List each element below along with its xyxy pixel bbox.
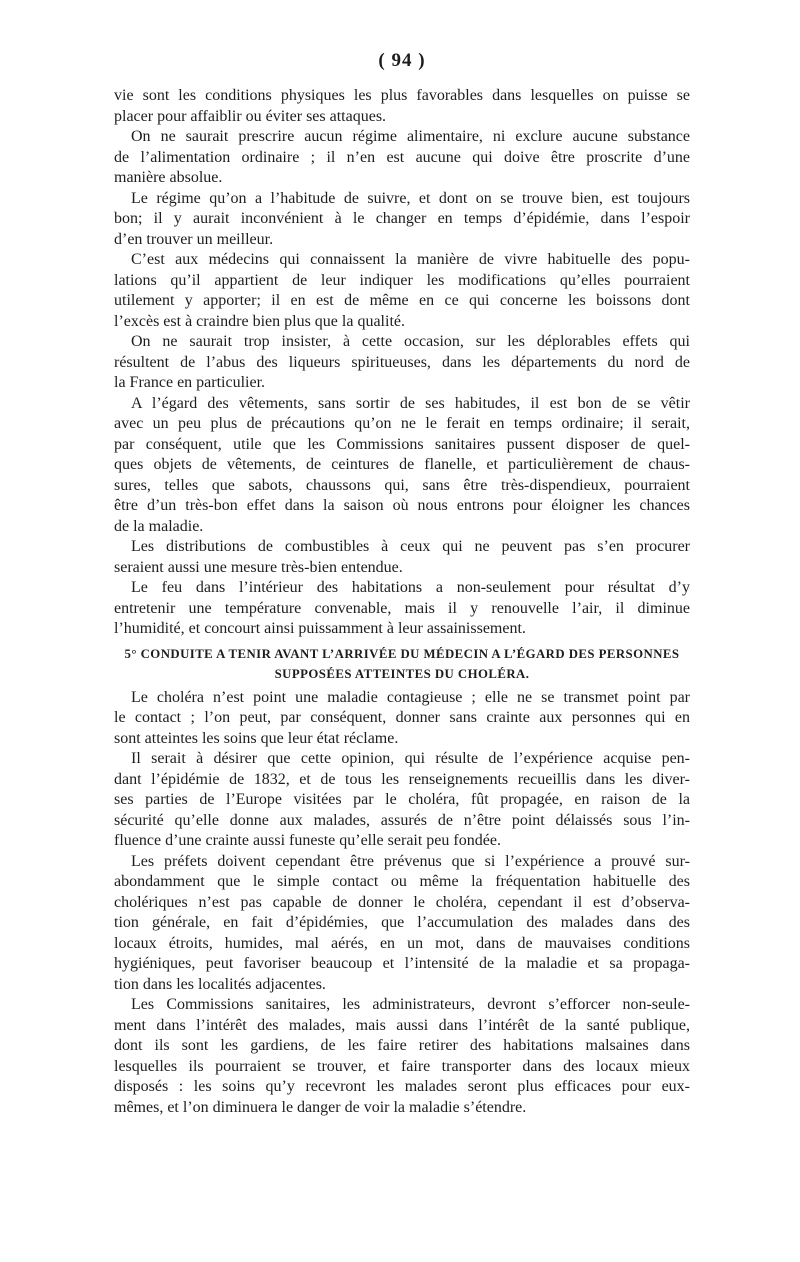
text-line: avec un peu plus de précautions qu’on ne… — [114, 414, 690, 435]
text-line: bon; il y aurait inconvénient à le chang… — [114, 209, 690, 230]
document-page: ( 94 ) vie sont les conditions physiques… — [0, 0, 800, 1262]
text-line: de l’alimentation ordinaire ; il n’en es… — [114, 148, 690, 169]
text-line: cholériques n’est pas capable de donner … — [114, 893, 690, 914]
text-line: sures, telles que sabots, chaussons qui,… — [114, 476, 690, 497]
section-heading: 5° CONDUITE A TENIR AVANT L’ARRIVÉE DU M… — [114, 644, 690, 685]
text-line: la France en particulier. — [114, 373, 690, 394]
text-line: vie sont les conditions physiques les pl… — [114, 86, 690, 107]
text-line: A l’égard des vêtements, sans sortir de … — [114, 394, 690, 415]
text-line: tion dans les localités adjacentes. — [114, 975, 690, 996]
heading-line: SUPPOSÉES ATTEINTES DU CHOLÉRA. — [114, 664, 690, 685]
paragraph: C’est aux médecins qui connaissent la ma… — [114, 250, 690, 332]
text-line: de la maladie. — [114, 517, 690, 538]
text-line: hygiéniques, peut favoriser beaucoup et … — [114, 954, 690, 975]
paragraph: Le choléra n’est point une maladie conta… — [114, 688, 690, 750]
paragraph: Les Commissions sanitaires, les administ… — [114, 995, 690, 1118]
text-line: locaux étroits, humides, mal aérés, en u… — [114, 934, 690, 955]
text-line: Les préfets doivent cependant être préve… — [114, 852, 690, 873]
text-line: sont atteintes les soins que leur état r… — [114, 729, 690, 750]
paragraph: Les préfets doivent cependant être préve… — [114, 852, 690, 996]
text-line: Les distributions de combustibles à ceux… — [114, 537, 690, 558]
text-line: ment dans l’intérêt des malades, mais au… — [114, 1016, 690, 1037]
text-line: l’excès est à craindre bien plus que la … — [114, 312, 690, 333]
text-line: Le feu dans l’intérieur des habitations … — [114, 578, 690, 599]
text-line: l’humidité, et concourt ainsi puissammen… — [114, 619, 690, 640]
text-line: Les Commissions sanitaires, les administ… — [114, 995, 690, 1016]
text-line: le contact ; l’on peut, par conséquent, … — [114, 708, 690, 729]
text-line: seraient aussi une mesure très-bien ente… — [114, 558, 690, 579]
text-line: disposés : les soins qu’y recevront les … — [114, 1077, 690, 1098]
page-content: ( 94 ) vie sont les conditions physiques… — [0, 0, 800, 1118]
text-line: résultent de l’abus des liqueurs spiritu… — [114, 353, 690, 374]
text-line: fluence d’une crainte aussi funeste qu’e… — [114, 831, 690, 852]
text-line: Le régime qu’on a l’habitude de suivre, … — [114, 189, 690, 210]
text-line: placer pour affaiblir ou éviter ses atta… — [114, 107, 690, 128]
text-line: dont ils sont les gardiens, de les faire… — [114, 1036, 690, 1057]
text-line: utilement y apporter; il en est de même … — [114, 291, 690, 312]
text-line: être d’un très-bon effet dans la saison … — [114, 496, 690, 517]
text-line: ses parties de l’Europe visitées par le … — [114, 790, 690, 811]
text-line: Il serait à désirer que cette opinion, q… — [114, 749, 690, 770]
text-line: sécurité qu’elle donne aux malades, assu… — [114, 811, 690, 832]
text-line: ques objets de vêtements, de ceintures d… — [114, 455, 690, 476]
text-line: dant l’épidémie de 1832, et de tous les … — [114, 770, 690, 791]
text-line: d’en trouver un meilleur. — [114, 230, 690, 251]
text-line: entretenir une température convenable, m… — [114, 599, 690, 620]
text-line: Le choléra n’est point une maladie conta… — [114, 688, 690, 709]
text-line: mêmes, et l’on diminuera le danger de vo… — [114, 1098, 690, 1119]
paragraph: Les distributions de combustibles à ceux… — [114, 537, 690, 578]
page-body: vie sont les conditions physiques les pl… — [114, 86, 690, 1118]
text-line: tion générale, en fait d’épidémies, que … — [114, 913, 690, 934]
paragraph: Le feu dans l’intérieur des habitations … — [114, 578, 690, 640]
paragraph: A l’égard des vêtements, sans sortir de … — [114, 394, 690, 538]
paragraph: On ne saurait trop insister, à cette occ… — [114, 332, 690, 394]
text-line: manière absolue. — [114, 168, 690, 189]
text-line: lesquelles ils pourraient se trouver, et… — [114, 1057, 690, 1078]
text-line: lations qu’il appartient de leur indique… — [114, 271, 690, 292]
text-line: On ne saurait prescrire aucun régime ali… — [114, 127, 690, 148]
text-line: abondamment que le simple contact ou mêm… — [114, 872, 690, 893]
page-number: ( 94 ) — [114, 50, 690, 72]
paragraph: Le régime qu’on a l’habitude de suivre, … — [114, 189, 690, 251]
paragraph: Il serait à désirer que cette opinion, q… — [114, 749, 690, 852]
heading-line: 5° CONDUITE A TENIR AVANT L’ARRIVÉE DU M… — [114, 644, 690, 665]
paragraph: vie sont les conditions physiques les pl… — [114, 86, 690, 127]
text-line: On ne saurait trop insister, à cette occ… — [114, 332, 690, 353]
text-line: par conséquent, utile que les Commission… — [114, 435, 690, 456]
text-line: C’est aux médecins qui connaissent la ma… — [114, 250, 690, 271]
paragraph: On ne saurait prescrire aucun régime ali… — [114, 127, 690, 189]
